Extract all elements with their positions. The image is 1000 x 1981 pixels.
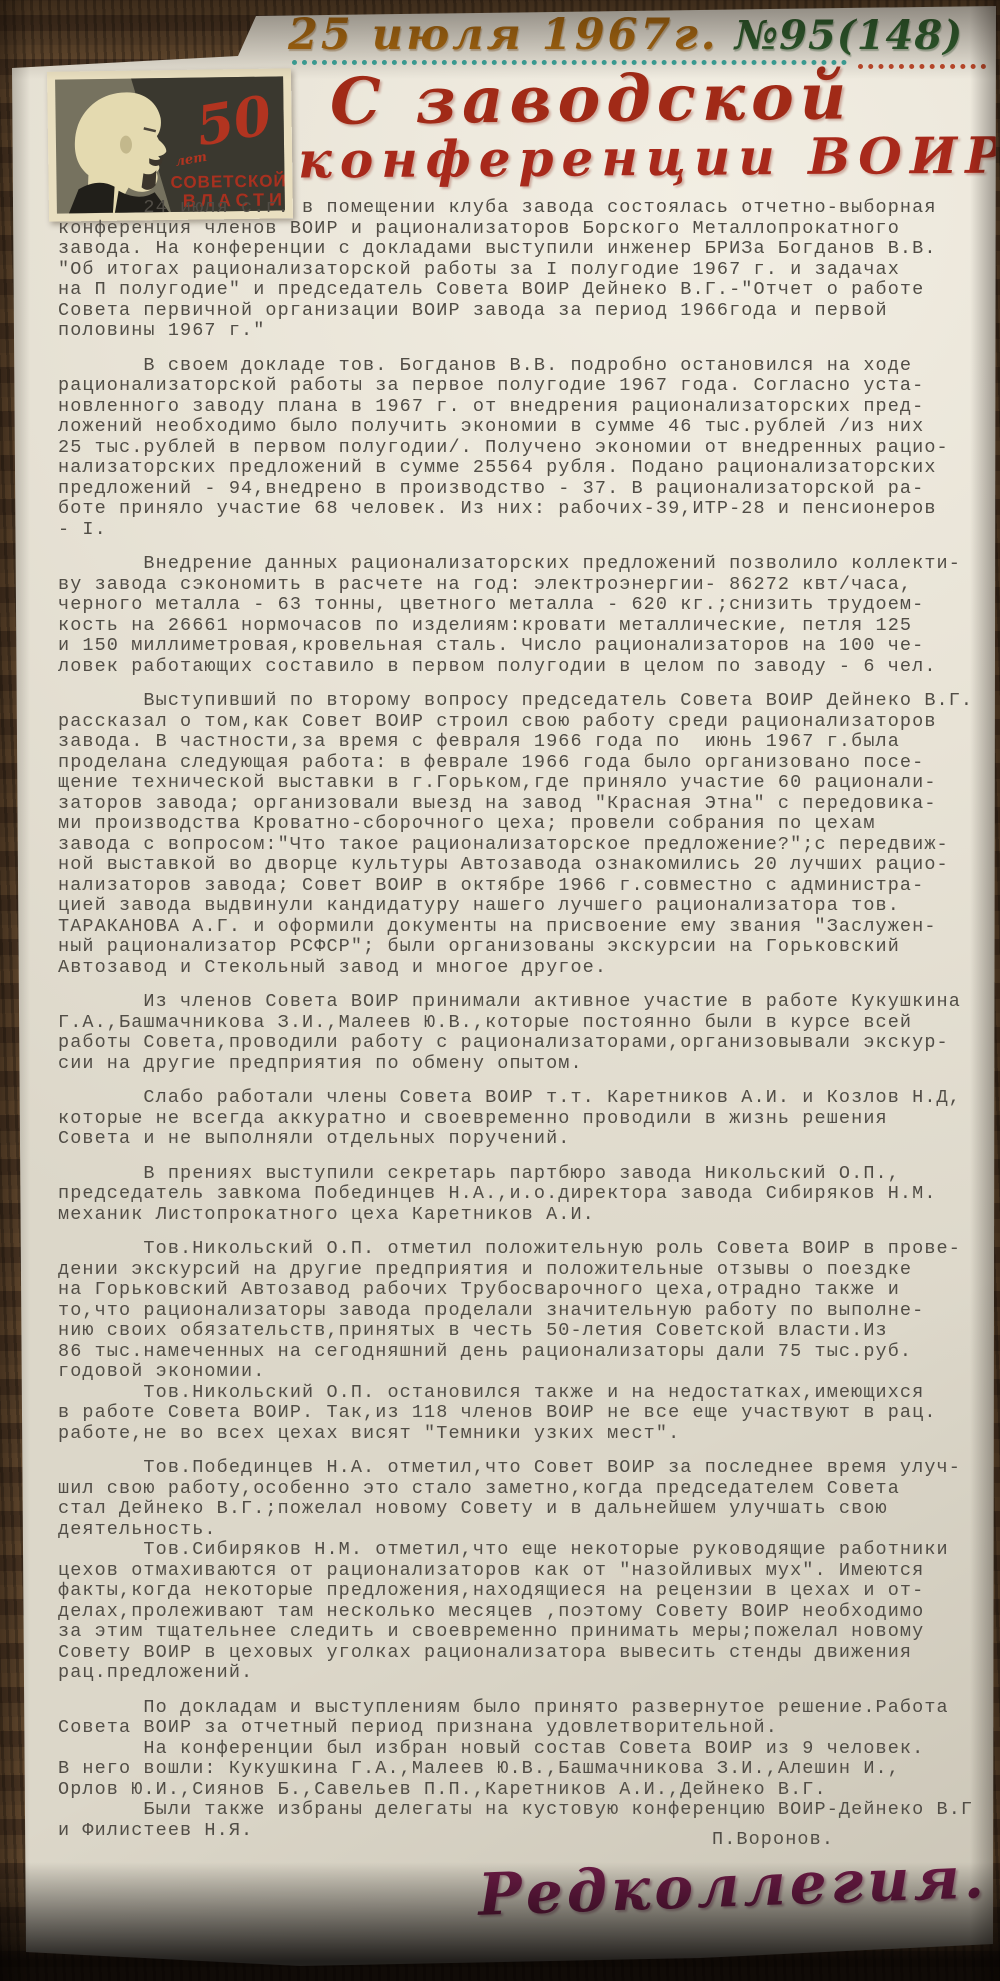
paragraph: Из членов Совета ВОИР принимали активное…	[58, 992, 993, 1074]
paragraph: В своем докладе тов. Богданов В.В. подро…	[58, 356, 993, 541]
paragraph: В прениях выступили секретарь партбюро з…	[58, 1164, 993, 1226]
headline-line2: конференции ВОИР	[298, 126, 1000, 190]
newspaper-sheet: 25 июля 1967г. №95(148) С заводской конф…	[0, 0, 1000, 1981]
paragraph: Тов.Никольский О.П. отметил положительну…	[58, 1239, 993, 1444]
wavy-underline-red-decoration	[858, 64, 986, 69]
issue-number: №95(148)	[735, 12, 964, 59]
paragraph: Тов.Побединцев Н.А. отметил,что Совет ВО…	[58, 1458, 993, 1684]
issue-header: 25 июля 1967г. №95(148)	[288, 10, 963, 60]
paragraph: Внедрение данных рационализаторских пред…	[58, 554, 993, 677]
paragraph: Выступивший по второму вопросу председат…	[58, 691, 993, 978]
wooden-wall-background: 25 июля 1967г. №95(148) С заводской конф…	[0, 0, 1000, 1981]
issue-date: 25 июля 1967г.	[288, 10, 719, 60]
paragraph: По докладам и выступлениям было принято …	[58, 1698, 993, 1842]
article-body: 24 июля с.г. в помещении клуба завода со…	[58, 198, 993, 1855]
paragraph: Слабо работали члены Совета ВОИР т.т. Ка…	[58, 1088, 993, 1150]
stamp-number-50: 50	[191, 83, 276, 159]
paragraph: 24 июля с.г. в помещении клуба завода со…	[58, 198, 993, 342]
typed-author-signature: П.Воронов.	[712, 1829, 834, 1850]
handwritten-editorial-signature: Редколлегия.	[477, 1843, 989, 1929]
